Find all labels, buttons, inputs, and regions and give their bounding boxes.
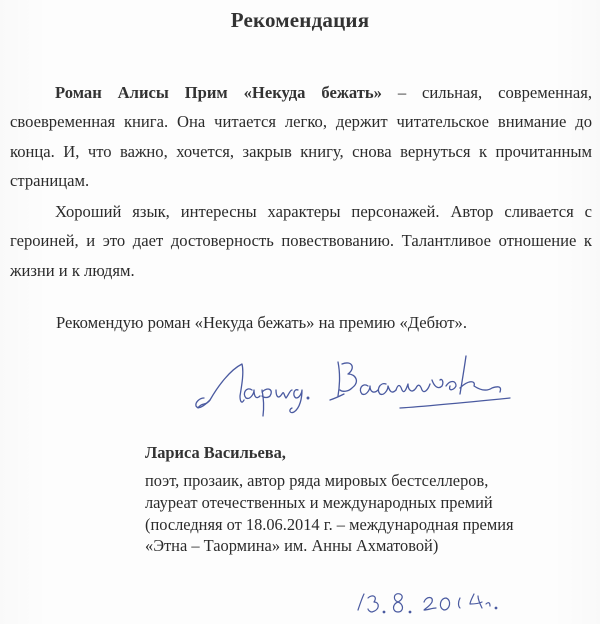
- author-credentials: поэт, прозаик, автор ряда мировых бестсе…: [145, 470, 585, 557]
- recommendation-line: Рекомендую роман «Некуда бежать» на прем…: [56, 313, 467, 333]
- credentials-line: (последняя от 18.06.2014 г. – международ…: [145, 514, 585, 536]
- document-title: Рекомендация: [0, 8, 600, 33]
- paragraph-1: Роман Алисы Прим «Некуда бежать» – сильн…: [10, 78, 592, 195]
- credentials-line: лауреат отечественных и международных пр…: [145, 492, 585, 514]
- credentials-line: поэт, прозаик, автор ряда мировых бестсе…: [145, 470, 585, 492]
- paragraph-2: Хороший язык, интересны характеры персон…: [10, 197, 592, 285]
- handwritten-date: [300, 560, 600, 624]
- credentials-line: «Этна – Таормина» им. Анны Ахматовой): [145, 535, 585, 557]
- book-title-lead: Роман Алисы Прим «Некуда бежать»: [55, 83, 382, 102]
- author-name: Лариса Васильева,: [145, 443, 286, 463]
- handwritten-signature: [180, 350, 600, 430]
